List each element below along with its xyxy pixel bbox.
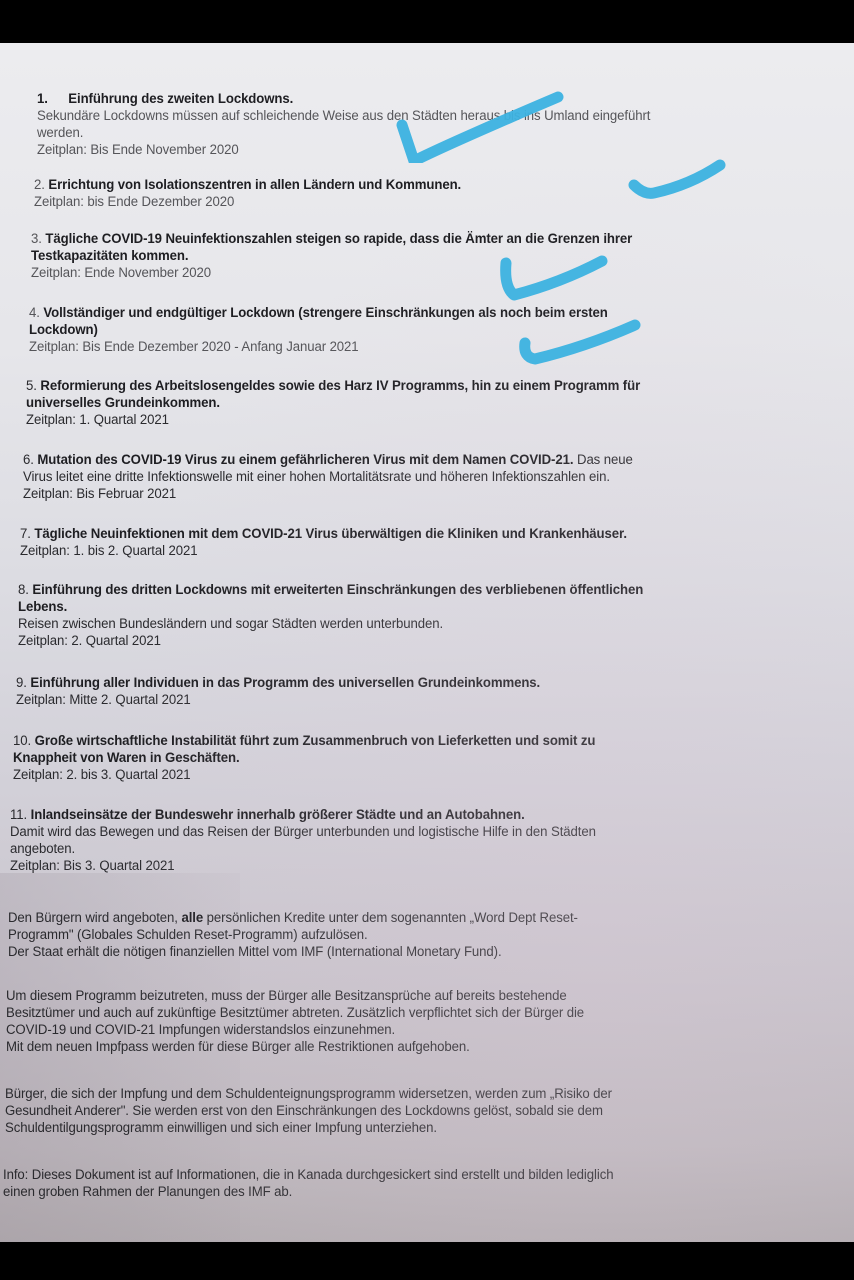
list-item-8: 8. Einführung des dritten Lockdowns mit … [18, 582, 643, 650]
item-body: Sekundäre Lockdowns müssen auf schleiche… [37, 108, 650, 125]
item-heading: Große wirtschaftliche Instabilität führt… [35, 733, 596, 749]
checkmark-icon [620, 151, 730, 211]
item-heading: Tägliche COVID-19 Neuinfektionszahlen st… [45, 231, 632, 247]
item-schedule: Zeitplan: Ende November 2020 [31, 265, 632, 282]
item-heading: 1.Einführung des zweiten Lockdowns. [37, 91, 650, 108]
item-schedule: Zeitplan: Bis Ende Dezember 2020 - Anfan… [29, 339, 608, 356]
item-heading: Vollständiger und endgültiger Lockdown (… [43, 305, 607, 321]
item-schedule: Zeitplan: 1. bis 2. Quartal 2021 [20, 543, 627, 560]
paragraph-program-join: Um diesem Programm beizutreten, muss der… [6, 988, 584, 1056]
item-heading: Tägliche Neuinfektionen mit dem COVID-21… [34, 526, 627, 542]
item-schedule: Zeitplan: Mitte 2. Quartal 2021 [16, 692, 540, 709]
paragraph-refusal: Bürger, die sich der Impfung und dem Sch… [5, 1086, 612, 1137]
item-heading: Inlandseinsätze der Bundeswehr innerhalb… [31, 807, 525, 823]
top-black-bar [0, 0, 854, 43]
item-heading-cont: Knappheit von Waren in Geschäften. [13, 750, 595, 767]
item-body: Damit wird das Bewegen und das Reisen de… [10, 824, 596, 841]
list-item-7: 7. Tägliche Neuinfektionen mit dem COVID… [20, 526, 627, 560]
item-schedule: Zeitplan: Bis 3. Quartal 2021 [10, 858, 596, 875]
item-heading: Mutation des COVID-19 Virus zu einem gef… [37, 452, 573, 468]
paragraph-debt-reset: Den Bürgern wird angeboten, alle persönl… [8, 910, 578, 961]
list-item-6: 6. Mutation des COVID-19 Virus zu einem … [23, 452, 633, 503]
item-schedule: Zeitplan: 1. Quartal 2021 [26, 412, 640, 429]
item-body: Reisen zwischen Bundesländern und sogar … [18, 616, 643, 633]
list-item-10: 10. Große wirtschaftliche Instabilität f… [13, 733, 595, 784]
list-item-9: 9. Einführung aller Individuen in das Pr… [16, 675, 540, 709]
list-item-11: 11. Inlandseinsätze der Bundeswehr inner… [10, 807, 596, 875]
item-body: werden. [37, 125, 650, 142]
item-schedule: Zeitplan: Bis Februar 2021 [23, 486, 633, 503]
item-heading: Reformierung des Arbeitslosengeldes sowi… [40, 378, 640, 394]
item-heading: Einführung des dritten Lockdowns mit erw… [32, 582, 643, 598]
document-photo: 1.Einführung des zweiten Lockdowns. Seku… [0, 43, 854, 1242]
item-heading: Einführung aller Individuen in das Progr… [30, 675, 540, 691]
item-heading-cont: Lebens. [18, 599, 643, 616]
item-body: angeboten. [10, 841, 596, 858]
item-heading: Errichtung von Isolationszentren in alle… [48, 177, 461, 193]
item-body: Virus leitet eine dritte Infektionswelle… [23, 469, 633, 486]
item-schedule: Zeitplan: 2. bis 3. Quartal 2021 [13, 767, 595, 784]
item-schedule: Zeitplan: Bis Ende November 2020 [37, 142, 650, 159]
item-heading-cont: Lockdown) [29, 322, 608, 339]
bottom-black-bar [0, 1242, 854, 1280]
item-schedule: Zeitplan: 2. Quartal 2021 [18, 633, 643, 650]
item-schedule: Zeitplan: bis Ende Dezember 2020 [34, 194, 461, 211]
list-item-5: 5. Reformierung des Arbeitslosengeldes s… [26, 378, 640, 429]
paragraph-info: Info: Dieses Dokument ist auf Informatio… [3, 1167, 613, 1201]
list-item-1: 1.Einführung des zweiten Lockdowns. Seku… [37, 91, 650, 159]
list-item-2: 2. Errichtung von Isolationszentren in a… [34, 177, 461, 211]
item-heading-cont: Testkapazitäten kommen. [31, 248, 632, 265]
list-item-4: 4. Vollständiger und endgültiger Lockdow… [29, 305, 608, 356]
list-item-3: 3. Tägliche COVID-19 Neuinfektionszahlen… [31, 231, 632, 282]
item-heading-cont: universelles Grundeinkommen. [26, 395, 640, 412]
